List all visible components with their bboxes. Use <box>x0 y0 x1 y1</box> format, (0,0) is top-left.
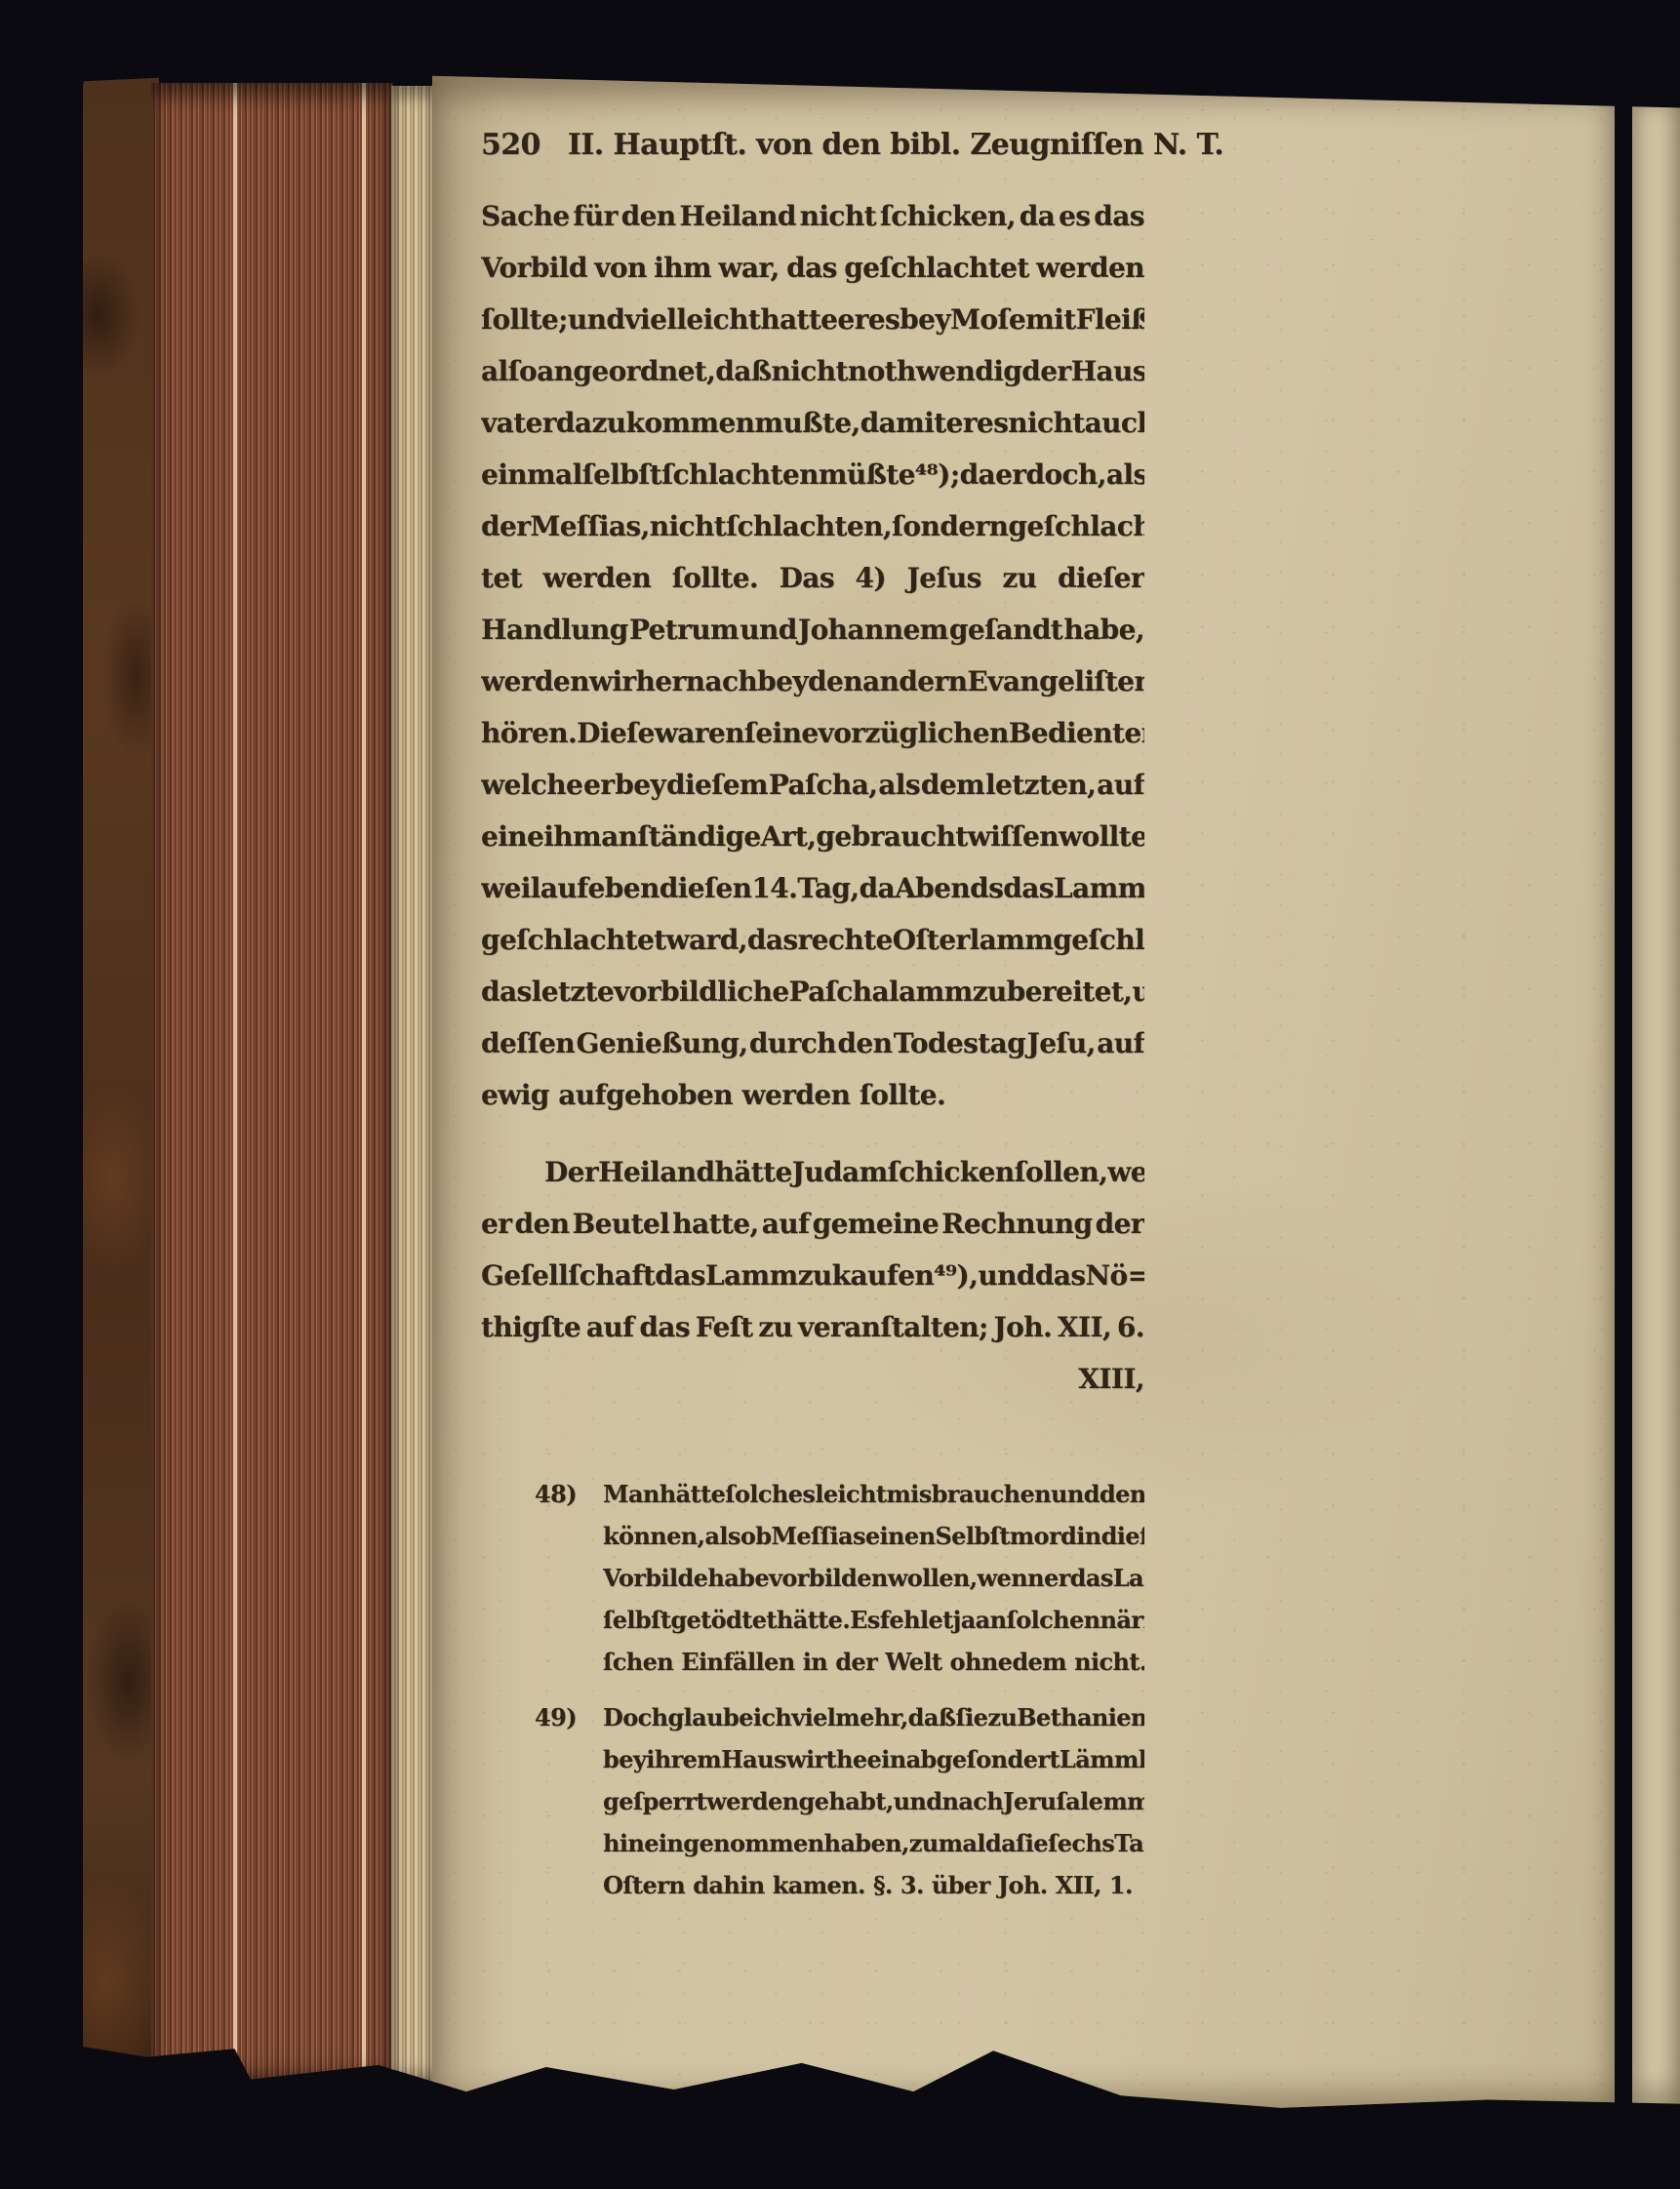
text-line: tetwerdenſollte.Das4)Jeſuszudieſer <box>481 552 1144 604</box>
book: 520 II. Hauptſt. von den bibl. Zeugniſſe… <box>83 73 1680 2112</box>
book-page: 520 II. Hauptſt. von den bibl. Zeugniſſe… <box>432 73 1615 2112</box>
page-text-block: 520 II. Hauptſt. von den bibl. Zeugniſſe… <box>481 119 1144 1906</box>
catchword: XIII, <box>481 1353 1144 1405</box>
text-line: geſperrtwerdengehabt,undnachJeruſalemmit <box>603 1780 1144 1822</box>
text-line: derMeſſias,nichtſchlachten,ſonderngeſchl… <box>481 500 1144 552</box>
text-line: erdenBeutelhatte,aufgemeineRechnungder <box>481 1198 1144 1250</box>
book-cover-leather <box>83 73 159 2084</box>
text-line: HandlungPetrumundJohannemgeſandthabe, <box>481 604 1144 656</box>
footnotes-section: 48) Manhätteſolchesleichtmisbrauchenundd… <box>535 1473 1144 1906</box>
text-line: ewigaufgehobenwerdenſollte. <box>481 1069 1144 1121</box>
text-line: SachefürdenHeilandnichtſchicken,daesdas <box>481 190 1144 242</box>
text-line: Dochglaubeichvielmehr,daßſiezuBethanien, <box>603 1696 1144 1738</box>
text-line: Vorbildehabevorbildenwollen,wennerdasLam… <box>603 1557 1144 1599</box>
footnote-label: 49) <box>535 1696 577 1738</box>
text-line: ſchenEinfälleninderWeltohnedemnicht. <box>603 1641 1144 1683</box>
text-line: vaterdazukommenmußte,damiteresnichtauch <box>481 397 1144 449</box>
text-line: werdenwirhernachbeydenandernEvangeliſten <box>481 656 1144 707</box>
text-line: GeſellſchaftdasLammzukaufen⁴⁹),unddasNö= <box>481 1250 1144 1301</box>
text-line: Oſterndahinkamen.§.3.überJoh.XII,1. <box>603 1864 1144 1906</box>
text-line: thigſteaufdasFeſtzuveranſtalten;Joh.XII,… <box>481 1301 1144 1353</box>
text-line: deſſenGenießung,durchdenTodestagJeſu,auf <box>481 1017 1144 1069</box>
main-paragraph-2: DerHeilandhätteJudamſchickenſollen,weile… <box>481 1146 1144 1353</box>
text-line: können,alsobMeſſiaseinenSelbſtmordindieſ… <box>603 1515 1144 1557</box>
text-line: beyihremHauswirtheeinabgeſondertLämmlein… <box>603 1738 1144 1780</box>
text-line: Manhätteſolchesleichtmisbrauchenunddenke… <box>603 1473 1144 1515</box>
text-line: dasletztevorbildlichePaſchalammzubereite… <box>481 966 1144 1017</box>
running-title: II. Hauptſt. von den bibl. Zeugniſſen N.… <box>568 119 1223 171</box>
text-line: einmalſelbſtſchlachtenmüßte⁴⁸);daerdoch,… <box>481 449 1144 500</box>
text-line: hören.DieſewarenſeinevorzüglichenBedient… <box>481 707 1144 759</box>
footnote-lines: Manhätteſolchesleichtmisbrauchenunddenke… <box>603 1473 1144 1683</box>
page-fore-edges <box>151 83 393 2089</box>
text-line: geſchlachtetward,dasrechteOſterlammgeſch… <box>481 914 1144 966</box>
text-line: alſoangeordnet,daßnichtnothwendigderHaus… <box>481 345 1144 397</box>
page-edge-band <box>391 86 436 2088</box>
footnote-label: 48) <box>535 1473 577 1515</box>
footnote-48: 48) Manhätteſolchesleichtmisbrauchenundd… <box>535 1473 1144 1683</box>
text-line: ſollte;undvielleichthatteeresbeyMoſemitF… <box>481 294 1144 345</box>
footnote-lines: Dochglaubeichvielmehr,daßſiezuBethanien,… <box>603 1696 1144 1906</box>
photo-background: 520 II. Hauptſt. von den bibl. Zeugniſſe… <box>0 0 1680 2189</box>
main-paragraph-1: SachefürdenHeilandnichtſchicken,daesdasV… <box>481 190 1144 1121</box>
page-header: 520 II. Hauptſt. von den bibl. Zeugniſſe… <box>481 119 1144 171</box>
adjacent-page-edge <box>1632 73 1680 2112</box>
text-line: Vorbildvonihmwar,dasgeſchlachtetwerden <box>481 242 1144 294</box>
text-line: ſelbſtgetödtethätte.Esfehletjaanſolchenn… <box>603 1599 1144 1641</box>
text-line: DerHeilandhätteJudamſchickenſollen,weil <box>481 1146 1144 1198</box>
footnote-49: 49) Dochglaubeichvielmehr,daßſiezuBethan… <box>535 1696 1144 1906</box>
text-line: weilaufebendieſen14.Tag,daAbendsdasLamm <box>481 862 1144 914</box>
page-number: 520 <box>481 119 540 171</box>
text-line: hineingenommenhaben,zumaldaſieſechsTagev… <box>603 1822 1144 1864</box>
text-line: welcheerbeydieſemPaſcha,alsdemletzten,au… <box>481 759 1144 811</box>
text-line: eineihmanſtändigeArt,gebrauchtwiſſenwoll… <box>481 811 1144 862</box>
